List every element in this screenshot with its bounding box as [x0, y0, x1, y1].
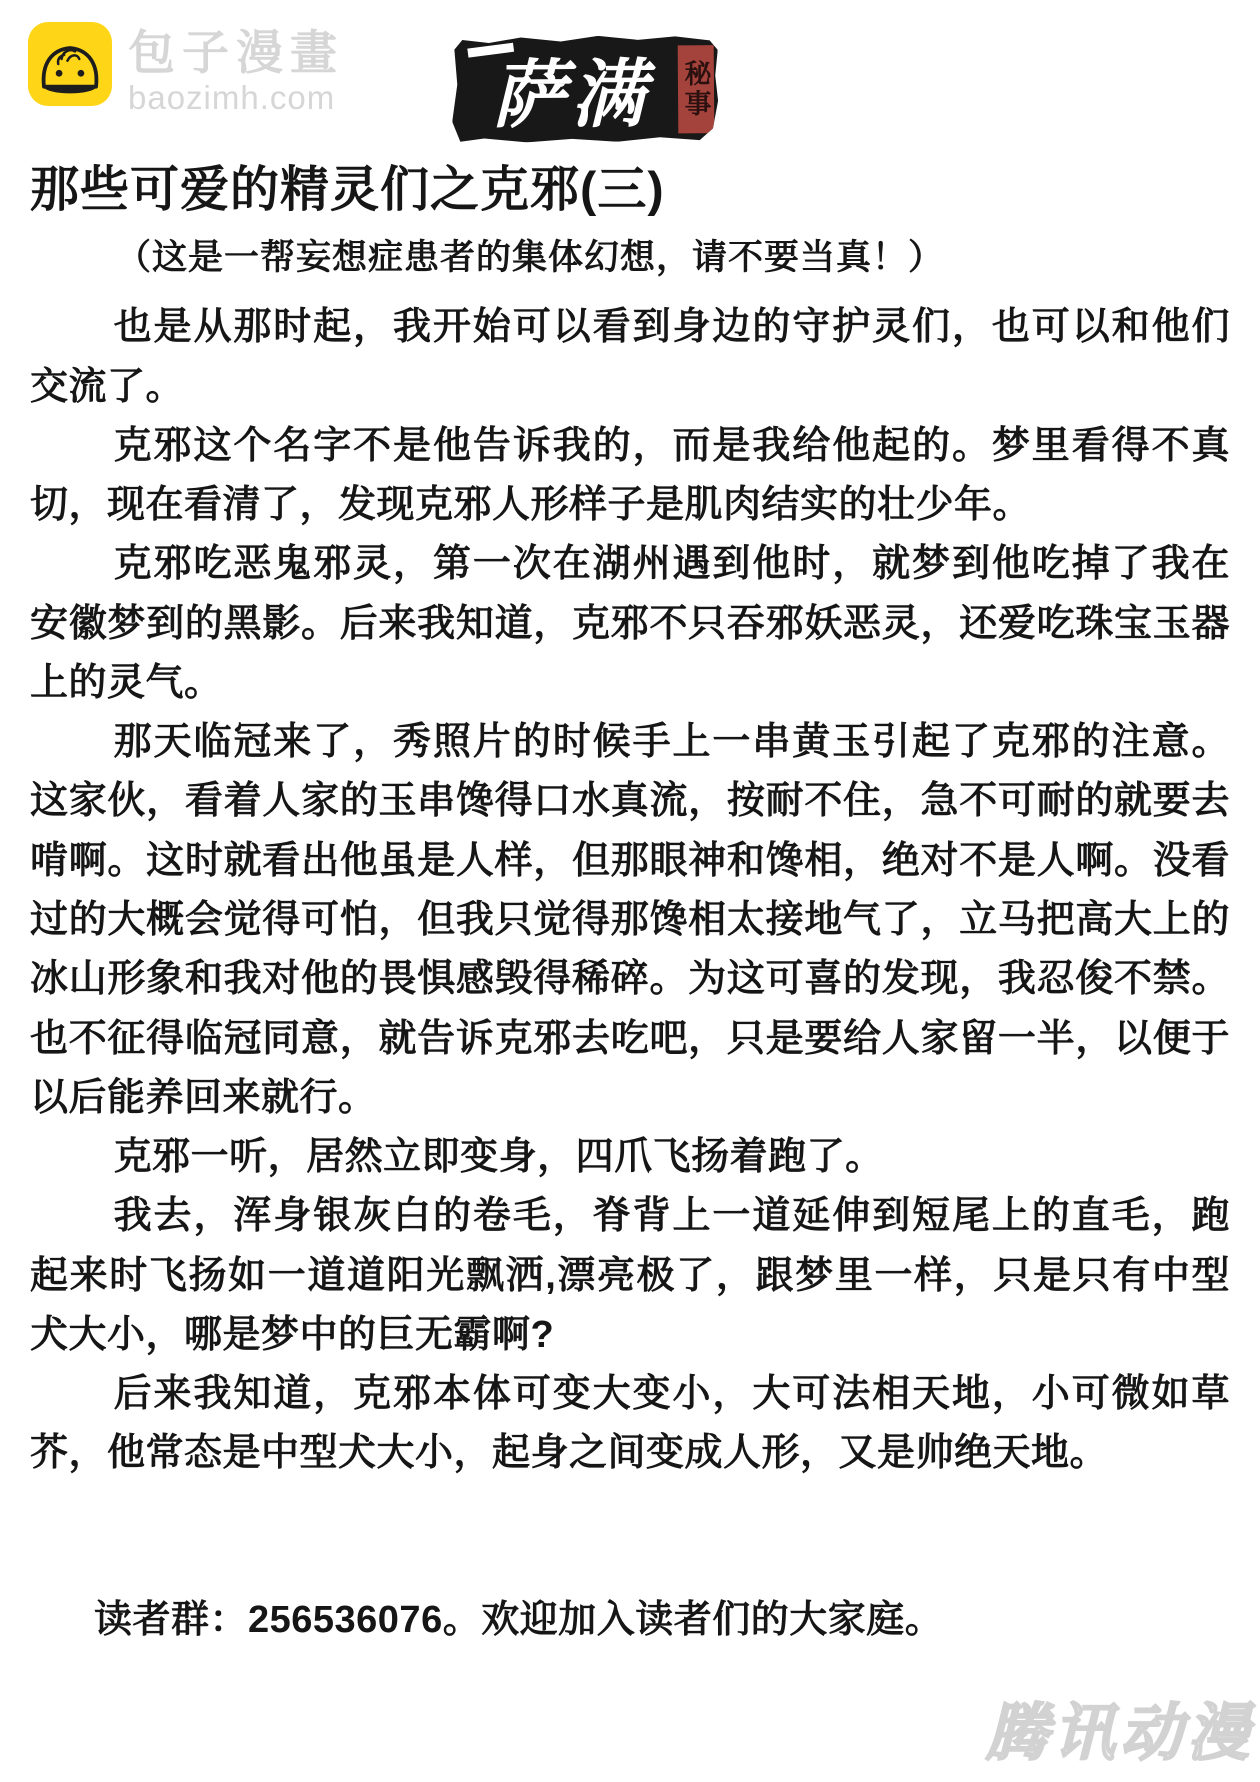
body-paragraph: 也是从那时起，我开始可以看到身边的守护灵们，也可以和他们交流了。 — [30, 298, 1230, 417]
body-paragraph: 我去，浑身银灰白的卷毛，脊背上一道延伸到短尾上的直毛，跑起来时飞扬如一道道阳光飘… — [30, 1187, 1230, 1365]
comic-text-page: 包子漫畫 baozimh.com 萨满 秘事 那些可爱的精灵们之克邪(三) （这… — [0, 0, 1260, 1782]
article-subtitle: （这是一帮妄想症患者的集体幻想，请不要当真！） — [30, 230, 1230, 280]
site-domain: baozimh.com — [128, 81, 344, 116]
article-title: 那些可爱的精灵们之克邪(三) — [30, 162, 1230, 218]
series-calligraphy-logo: 萨满 秘事 — [452, 35, 719, 143]
body-paragraph: 那天临冠来了，秀照片的时候手上一串黄玉引起了克邪的注意。这家伙，看着人家的玉串馋… — [30, 713, 1230, 1128]
body-paragraph: 克邪吃恶鬼邪灵，第一次在湖州遇到他时，就梦到他吃掉了我在安徽梦到的黑影。后来我知… — [30, 535, 1230, 713]
series-title-calligraphy: 萨满 — [476, 35, 667, 142]
article-body: 那些可爱的精灵们之克邪(三) （这是一帮妄想症患者的集体幻想，请不要当真！） 也… — [0, 162, 1260, 1643]
site-logo-text: 包子漫畫 baozimh.com — [128, 22, 344, 116]
site-logo[interactable]: 包子漫畫 baozimh.com — [28, 22, 344, 116]
baozi-bun-icon — [28, 22, 112, 106]
body-paragraph: 后来我知道，克邪本体可变大变小，大可法相天地，小可微如草芥，他常态是中型犬大小，… — [30, 1365, 1230, 1484]
body-paragraph: 克邪一听，居然立即变身，四爪飞扬着跑了。 — [30, 1128, 1230, 1187]
red-seal-stamp: 秘事 — [678, 45, 715, 133]
reader-group-note: 读者群：256536076。欢迎加入读者们的大家庭。 — [30, 1588, 1230, 1643]
tencent-comics-watermark: 腾讯动漫 — [986, 1683, 1254, 1772]
page-header: 包子漫畫 baozimh.com 萨满 秘事 — [0, 0, 1260, 152]
body-paragraph: 克邪这个名字不是他告诉我的，而是我给他起的。梦里看得不真切，现在看清了，发现克邪… — [30, 417, 1230, 536]
site-name: 包子漫畫 — [128, 28, 344, 77]
